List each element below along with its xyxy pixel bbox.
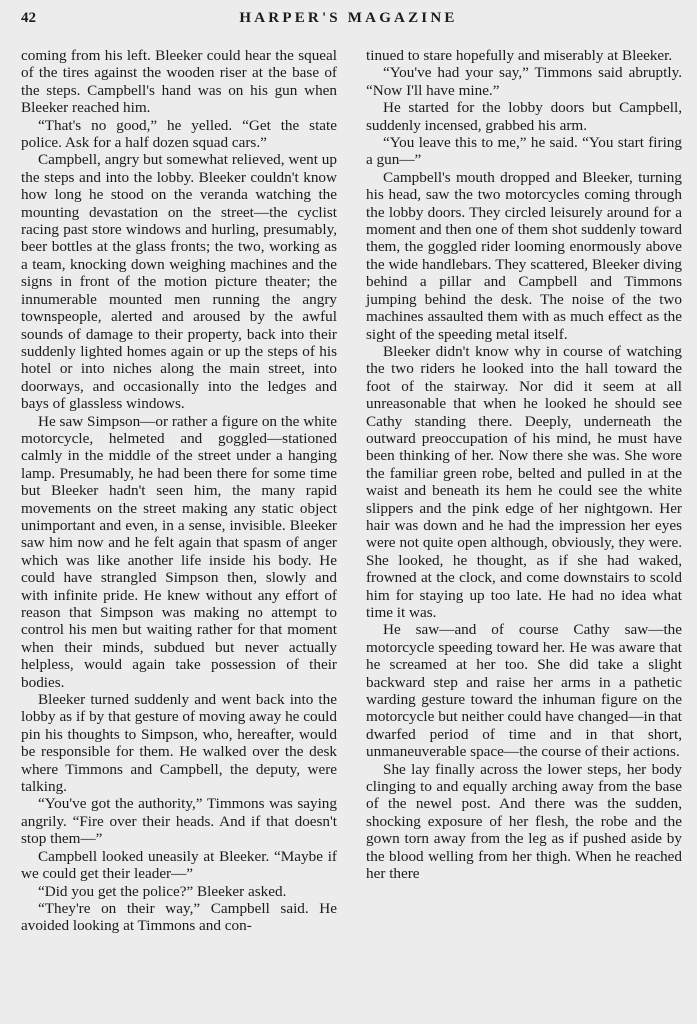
paragraph: Bleeker didn't know why in course of wat… [366, 343, 682, 622]
paragraph: “You've had your say,” Timmons said abru… [366, 64, 682, 99]
paragraph: “You leave this to me,” he said. “You st… [366, 134, 682, 169]
paragraph: “You've got the authority,” Timmons was … [21, 795, 337, 847]
paragraph: Campbell's mouth dropped and Bleeker, tu… [366, 169, 682, 343]
paragraph: “That's no good,” he yelled. “Get the st… [21, 117, 337, 152]
paragraph: “Did you get the police?” Bleeker asked. [21, 883, 337, 900]
paragraph: “They're on their way,” Campbell said. H… [21, 900, 337, 935]
paragraph: He saw—and of course Cathy saw—the motor… [366, 621, 682, 760]
page-header: 42 HARPER'S MAGAZINE [0, 8, 697, 32]
paragraph: He saw Simpson—or rather a figure on the… [21, 413, 337, 692]
right-column: tinued to stare hopefully and miserably … [366, 47, 682, 883]
paragraph: Bleeker turned suddenly and went back in… [21, 691, 337, 795]
left-column: coming from his left. Bleeker could hear… [21, 47, 337, 935]
running-head: HARPER'S MAGAZINE [0, 10, 697, 27]
paragraph: tinued to stare hopefully and miserably … [366, 47, 682, 64]
paragraph: Campbell, angry but somewhat relieved, w… [21, 151, 337, 412]
paragraph: Campbell looked uneasily at Bleeker. “Ma… [21, 848, 337, 883]
paragraph: coming from his left. Bleeker could hear… [21, 47, 337, 117]
paragraph: He started for the lobby doors but Camp­… [366, 99, 682, 134]
paragraph: She lay finally across the lower steps, … [366, 761, 682, 883]
